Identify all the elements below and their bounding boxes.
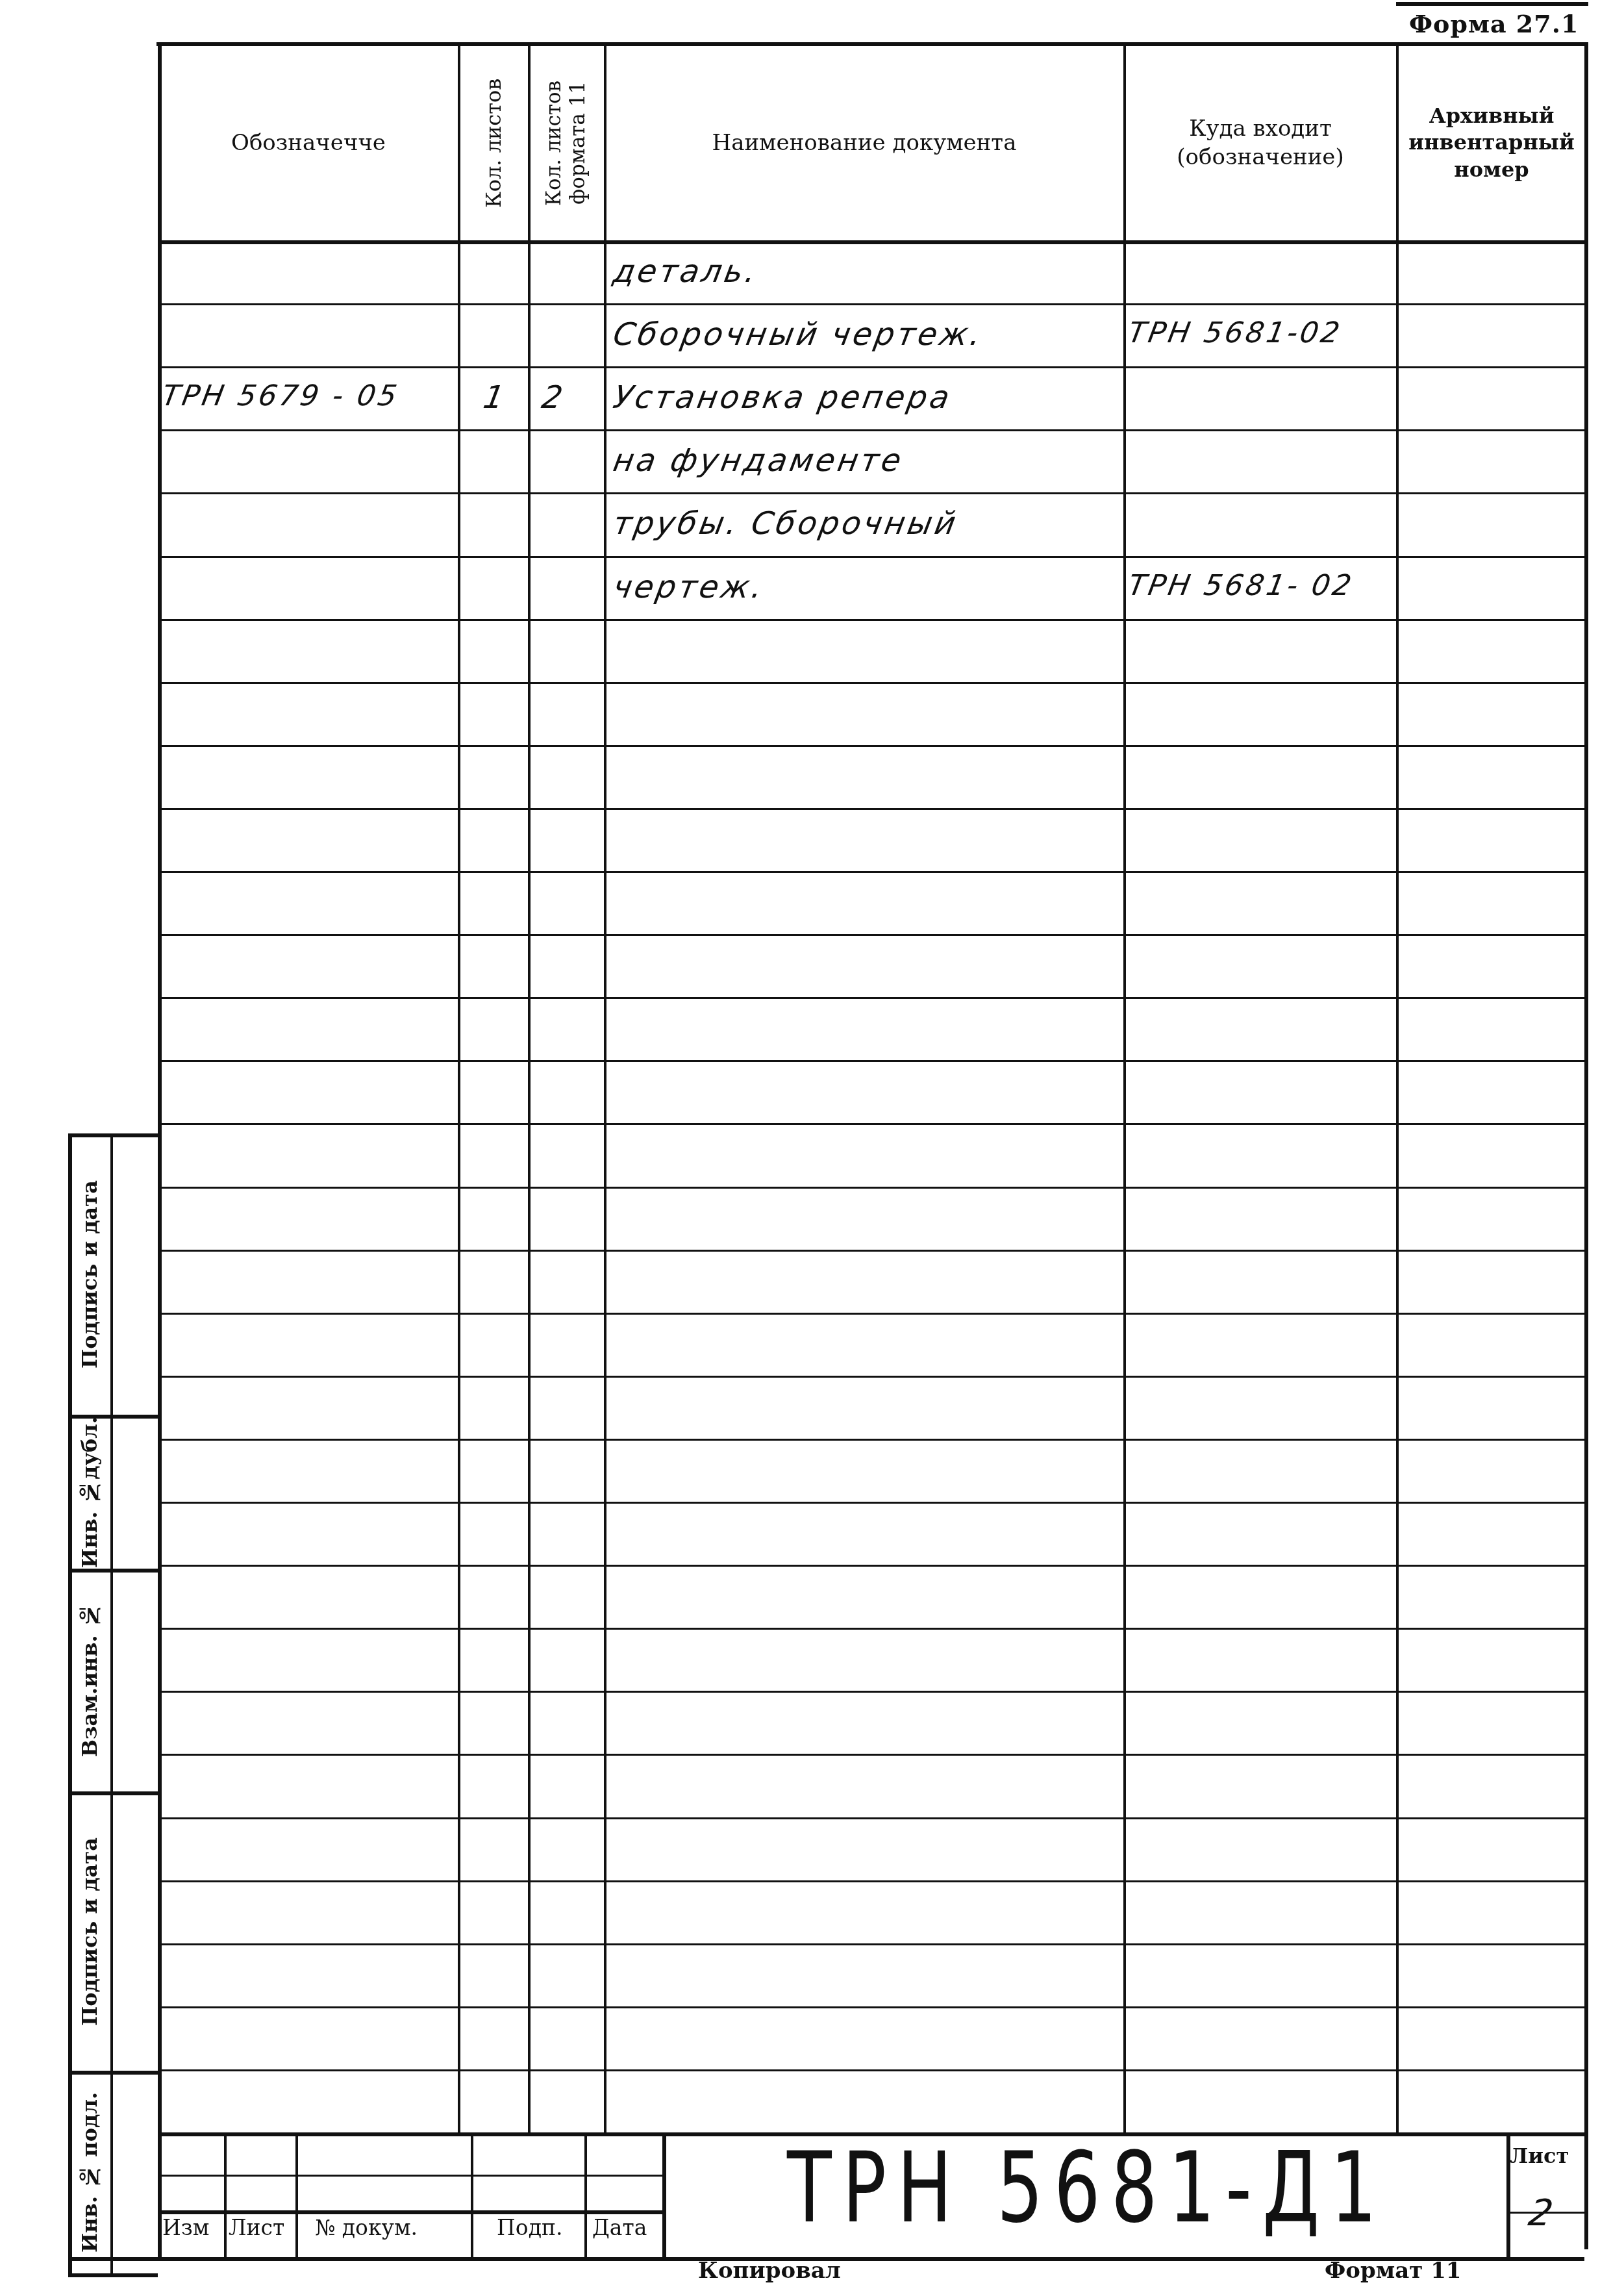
frame-left [158,42,162,2257]
row-divider [158,1691,1584,1693]
header-doc-name: Наименование документа [606,45,1122,240]
row-divider [158,366,1584,368]
title-block-column [224,2132,227,2257]
side-stamp-signature-date-2: Подпись и дата [70,1793,109,2071]
row-divider [158,1754,1584,1756]
row-divider [158,1439,1584,1441]
row-divider [158,997,1584,999]
title-block-column [471,2132,473,2257]
row-divider [158,2069,1584,2071]
row-divider [158,1313,1584,1315]
title-block-column [584,2132,587,2257]
header-used-in: Куда входит (обозначение) [1126,45,1395,240]
row-divider [158,808,1584,810]
side-stamp-divider [68,1415,158,1419]
cell-used-in: ТРН 5681- 02 [1126,569,1356,602]
row-divider [158,1565,1584,1567]
cell-doc-name: Установка репера [610,379,955,416]
title-block-divider [662,2132,666,2257]
cell-doc-name: деталь. [610,253,761,290]
cell-doc-name: чертеж. [610,569,768,605]
title-block-doc-no: № докум. [315,2215,418,2240]
side-stamp-signature-date-1: Подпись и дата [70,1135,109,1413]
cell-sheets: 1 [481,379,509,416]
row-divider [158,745,1584,747]
side-stamp-divider [68,2273,158,2277]
row-divider [158,682,1584,684]
header-sheets: Кол. листов [460,45,527,240]
copied-by: Копировал [698,2258,841,2284]
cell-designation: ТРН 5679 - 05 [160,379,402,412]
side-stamp-divider [68,2071,158,2075]
frame-top [156,42,1587,46]
cell-doc-name: Сборочный чертеж. [610,316,986,353]
row-divider [158,1502,1584,1504]
form-number: Форма 27.1 [1409,9,1579,38]
side-stamp-left [68,1133,72,2273]
side-stamp-divider [68,1133,158,1137]
row-divider [158,871,1584,873]
title-block-column [295,2132,298,2257]
row-divider [158,303,1584,305]
row-divider [158,429,1584,431]
title-block-top [158,2132,1584,2136]
row-divider [158,1187,1584,1189]
row-divider [158,2006,1584,2008]
cell-sheets-format: 2 [539,379,568,416]
row-divider [158,556,1584,558]
title-block-date: Дата [592,2215,647,2240]
header-bottom [158,240,1584,244]
side-stamp-inv-original: Инв. № подл. [70,2072,109,2272]
row-divider [158,1123,1584,1125]
header-archive-no: Архивный инвентарный номер [1399,45,1584,240]
side-stamp-divider [68,1791,158,1795]
row-divider [158,1376,1584,1378]
side-stamp-divider [68,1569,158,1573]
cell-doc-name: трубы. Сборочный [610,505,961,542]
title-block-signature: Подп. [497,2215,562,2240]
sheet-divider [1506,2212,1584,2214]
row-divider [158,619,1584,621]
side-stamp-replaced-inv: Взам.инв. № [70,1569,109,1791]
document-code: ТРН 5681-Д1 [787,2132,1388,2245]
cell-doc-name: на фундаменте [610,442,906,479]
title-block-sheet: Лист [229,2215,284,2240]
row-divider [158,1817,1584,1819]
frame-bottom [68,2257,1584,2261]
row-divider [158,492,1584,494]
row-divider [158,1943,1584,1945]
row-divider [158,1250,1584,1252]
format-label: Формат 11 [1325,2258,1462,2284]
header-designation: Обозначечче [160,45,457,240]
side-stamp-inv-duplicate: Инв. №дубл. [70,1416,109,1568]
row-divider [158,1880,1584,1882]
frame-right [1584,42,1588,2249]
row-divider [158,1060,1584,1062]
frame-top-line [1396,2,1588,6]
sheet-label: Лист [1510,2143,1569,2168]
header-sheets-format: Кол. листов формата 11 [530,45,603,240]
title-block-change: Изм [162,2215,209,2240]
side-stamp-inner [110,1133,113,2273]
cell-used-in: ТРН 5681-02 [1126,316,1345,349]
sheet-column [1506,2132,1510,2257]
row-divider [158,1628,1584,1630]
row-divider [158,934,1584,936]
